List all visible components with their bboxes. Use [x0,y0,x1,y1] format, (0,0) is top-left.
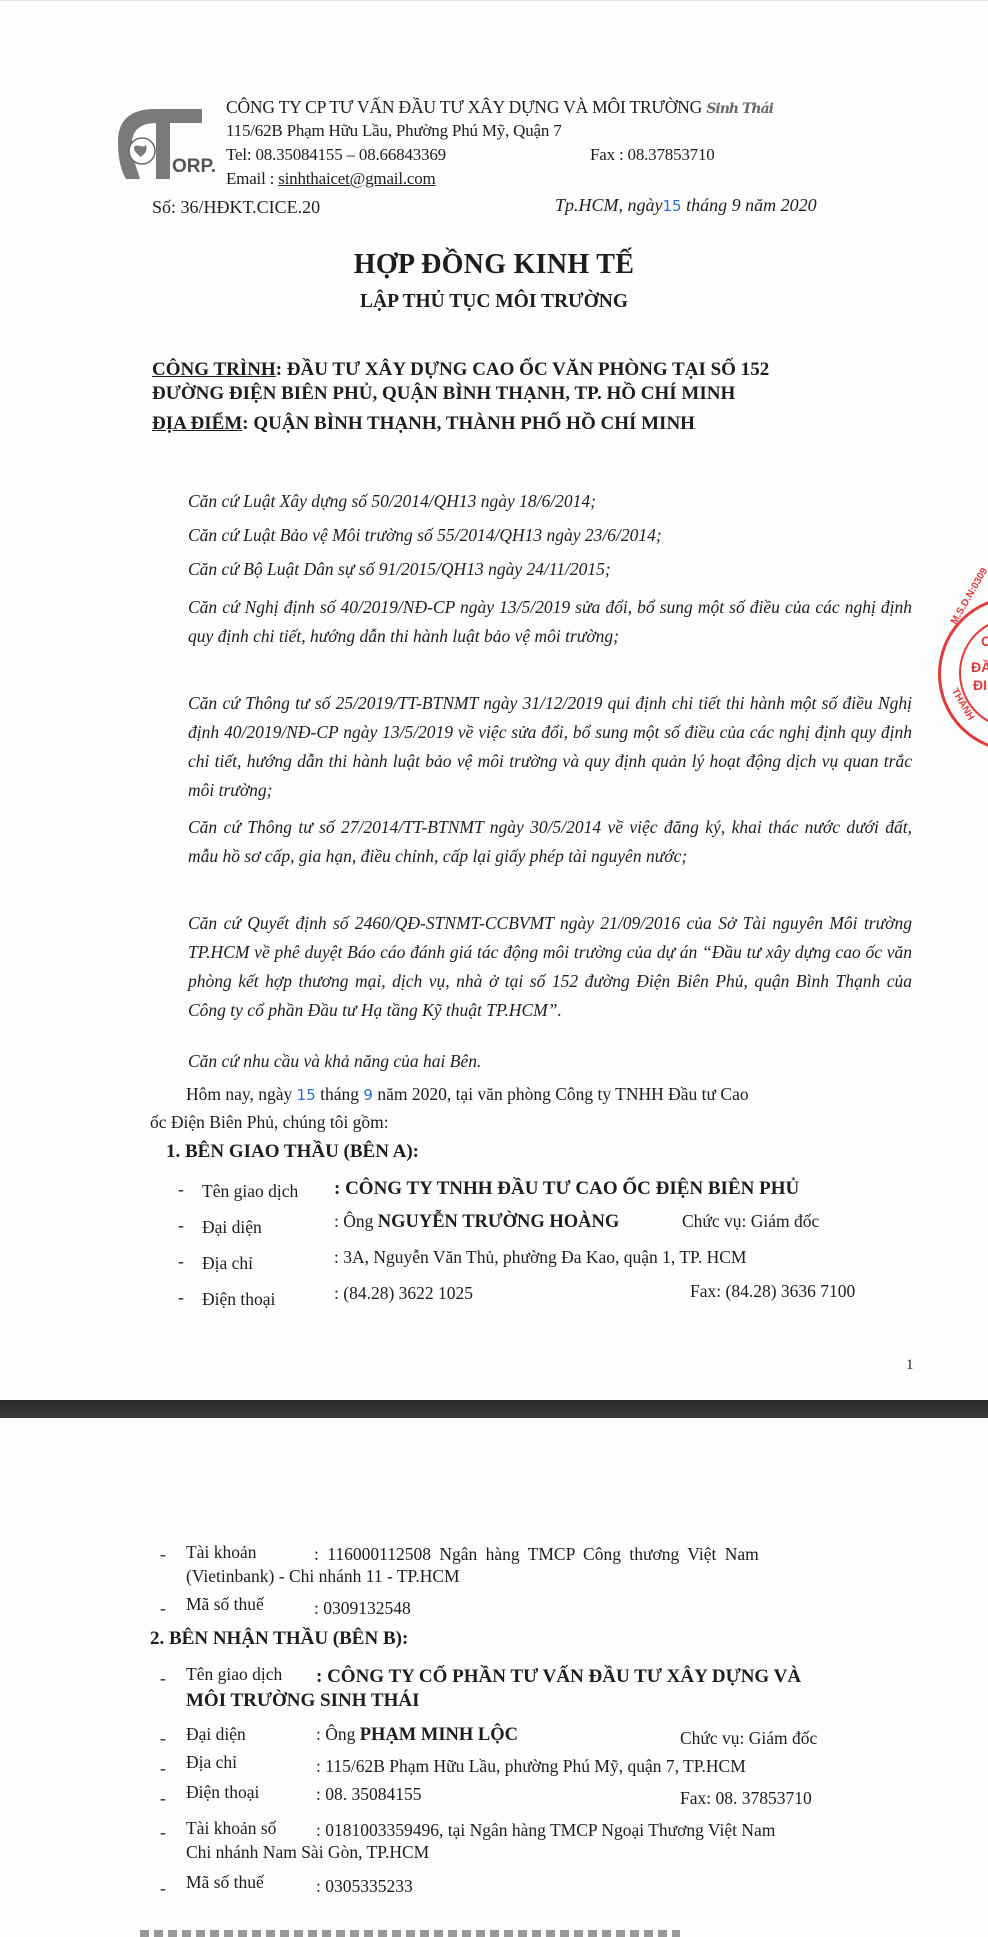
project-label: CÔNG TRÌNH [152,359,276,380]
party-a-phone-label: Điện thoại [202,1289,275,1310]
party-b-bullet: - [160,1788,166,1809]
contract-title: HỢP ĐỒNG KINH TẾ [0,249,988,281]
legal-basis-1: Căn cứ Luật Xây dựng số 50/2014/QH13 ngà… [188,487,912,516]
legal-basis-7: Căn cứ Quyết định số 2460/QĐ-STNMT-CCBVM… [188,909,912,1025]
party-a-account: : 116000112508 Ngân hàng TMCP Công thươn… [314,1544,759,1565]
page-separator [0,1400,988,1418]
party-a-tax-code: : 0309132548 [314,1598,411,1619]
party-a-phone: : (84.28) 3622 1025 [334,1283,473,1304]
party-a-bullet: - [160,1598,166,1619]
logo-text: ORP. [172,156,216,178]
party-b-heading: 2. BÊN NHẬN THẦU (BÊN B): [150,1628,408,1650]
legal-basis-4: Căn cứ Nghị định số 40/2019/NĐ-CP ngày 1… [188,593,912,651]
party-a-trade-name: : CÔNG TY TNHH ĐẦU TƯ CAO ỐC ĐIỆN BIÊN P… [334,1178,799,1200]
party-a-account-line-2: (Vietinbank) - Chi nhánh 11 - TP.HCM [186,1566,460,1587]
party-b-tax-label: Mã số thuế [186,1872,264,1893]
party-b-bullet: - [160,1822,166,1843]
email-link[interactable]: sinhthaicet@gmail.com [278,169,435,188]
party-a-bullet: - [160,1544,166,1565]
party-a-bullet: - [178,1179,184,1200]
intro-line-2: ốc Điện Biên Phủ, chúng tôi gồm: [150,1109,389,1135]
clipped-text-line [140,1930,680,1937]
document-date: Tp.HCM, ngày15 tháng 9 năm 2020 [555,195,817,216]
party-a-trade-name-label: Tên giao dịch [202,1181,298,1202]
party-b-bullet: - [160,1668,166,1689]
handwritten-intro-month: 9 [363,1086,373,1104]
party-b-address: : 115/62B Phạm Hữu Lầu, phường Phú Mỹ, q… [316,1756,746,1777]
party-a-tax-label: Mã số thuế [186,1594,264,1615]
document-number: Số: 36/HĐKT.CICE.20 [152,197,320,218]
party-b-position: Chức vụ: Giám đốc [680,1728,817,1749]
company-logo: ORP. [110,101,210,181]
party-b-trade-name-line-2: MÔI TRƯỜNG SINH THÁI [186,1690,420,1712]
company-seal-stamp: M.S.D.N:0309 THÀNH C ĐẦU ĐIỆ [938,596,988,752]
handwritten-intro-day: 15 [297,1086,316,1104]
contract-subtitle: LẬP THỦ TỤC MÔI TRƯỜNG [0,291,988,313]
location-line: ĐỊA ĐIỂM: QUẬN BÌNH THẠNH, THÀNH PHỐ HỒ … [152,413,695,435]
company-address: 115/62B Phạm Hữu Lầu, Phường Phú Mỹ, Quậ… [226,121,562,141]
party-b-bullet: - [160,1878,166,1899]
party-b-account-label: Tài khoản số [186,1818,276,1839]
party-b-account-line-2: Chi nhánh Nam Sài Gòn, TP.HCM [186,1842,429,1863]
legal-basis-5: Căn cứ Thông tư số 25/2019/TT-BTNMT ngày… [188,689,912,805]
party-a-representative-label: Đại diện [202,1217,262,1238]
company-name: CÔNG TY CP TƯ VẤN ĐẦU TƯ XÂY DỰNG VÀ MÔI… [226,97,773,119]
stamp-ring-text: M.S.D.N:0309 [949,566,988,626]
party-b-tax-code: : 0305335233 [316,1876,413,1897]
party-a-bullet: - [178,1287,184,1308]
party-b-phone-label: Điện thoại [186,1782,259,1803]
party-a-position: Chức vụ: Giám đốc [682,1211,819,1232]
party-a-address-label: Địa chỉ [202,1253,253,1274]
handwritten-day: 15 [663,197,682,215]
party-a-bullet: - [178,1251,184,1272]
party-b-representative: : Ông PHẠM MINH LỘC [316,1724,518,1746]
document-page-2: - Tài khoản : 116000112508 Ngân hàng TMC… [0,1418,988,1937]
legal-basis-3: Căn cứ Bộ Luật Dân sự số 91/2015/QH13 ng… [188,555,912,584]
brand-signature: Sinh Thái [706,101,773,117]
party-b-fax: Fax: 08. 37853710 [680,1788,812,1809]
page-number: 1 [906,1357,914,1374]
party-a-account-label: Tài khoản [186,1542,256,1563]
company-email: Email : sinhthaicet@gmail.com [226,169,436,189]
party-a-address: : 3A, Nguyễn Văn Thủ, phường Đa Kao, quậ… [334,1247,746,1268]
project-line-2: ĐƯỜNG ĐIỆN BIÊN PHỦ, QUẬN BÌNH THẠNH, TP… [152,383,735,405]
legal-basis-6: Căn cứ Thông tư số 27/2014/TT-BTNMT ngày… [188,813,912,871]
party-b-account: : 0181003359496, tại Ngân hàng TMCP Ngoạ… [316,1820,775,1841]
party-b-bullet: - [160,1728,166,1749]
party-a-fax: Fax: (84.28) 3636 7100 [690,1281,855,1302]
company-tel: Tel: 08.35084155 – 08.66843369 [226,145,446,165]
intro-line-1: Hôm nay, ngày 15 tháng 9 năm 2020, tại v… [186,1081,749,1108]
party-b-representative-label: Đại diện [186,1724,246,1745]
party-a-representative: : Ông NGUYỄN TRƯỜNG HOÀNG [334,1211,619,1233]
party-a-bullet: - [178,1215,184,1236]
company-fax: Fax : 08.37853710 [590,145,715,165]
document-page-1: ORP. CÔNG TY CP TƯ VẤN ĐẦU TƯ XÂY DỰNG V… [0,0,988,1401]
project-line-1: CÔNG TRÌNH: ĐẦU TƯ XÂY DỰNG CAO ỐC VĂN P… [152,359,769,381]
party-b-trade-name: : CÔNG TY CỔ PHẦN TƯ VẤN ĐẦU TƯ XÂY DỰNG… [316,1666,801,1688]
party-b-trade-name-label: Tên giao dịch [186,1664,282,1685]
party-b-address-label: Địa chỉ [186,1752,237,1773]
legal-basis-2: Căn cứ Luật Bảo vệ Môi trường số 55/2014… [188,521,912,550]
party-b-phone: : 08. 35084155 [316,1784,422,1805]
legal-basis-8: Căn cứ nhu cầu và khả năng của hai Bên. [188,1047,912,1076]
party-a-heading: 1. BÊN GIAO THẦU (BÊN A): [166,1141,419,1163]
location-label: ĐỊA ĐIỂM [152,413,242,434]
party-b-bullet: - [160,1758,166,1779]
